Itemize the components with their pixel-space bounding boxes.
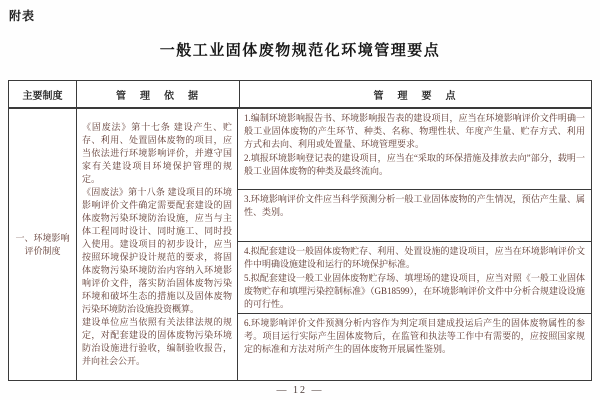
point-item-2: 2.填报环境影响登记表的建设项目，应当在“采取的环保措施及排放去向”部分，载明一… xyxy=(244,152,585,178)
table-body-row: 一、环境影响评价制度 《固废法》第十七条 建设产生、贮存、利用、处置固体废物的项… xyxy=(9,109,591,380)
table-header-row: 主要制度 管 理 依 据 管 理 要 点 xyxy=(9,81,591,109)
page-number: — 12 — xyxy=(0,385,600,396)
points-row-1: 1.编制环境影响报告书、环境影响报告表的建设项目，应当在环境影响评价文件明确一般… xyxy=(238,109,591,190)
points-row-3: 4.拟配套建设一般固体废物贮存、利用、处置设施的建设项目，应当在环境影响评价文件… xyxy=(238,242,591,314)
header-management-basis: 管 理 依 据 xyxy=(76,81,240,107)
points-row-2: 3.环境影响评价文件应当科学预测分析一般工业固体废物的产生情况，预估产生量、属性… xyxy=(238,190,591,242)
point-item-1: 1.编制环境影响报告书、环境影响报告表的建设项目，应当在环境影响评价文件明确一般… xyxy=(244,112,585,151)
point-item-5: 5.拟配套建设一般工业固体废物贮存场、填埋场的建设项目，应当对照《一般工业固体废… xyxy=(244,272,585,311)
cell-management-basis: 《固废法》第十七条 建设产生、贮存、利用、处置固体废物的项目，应当依法进行环境影… xyxy=(76,109,238,380)
point-item-6: 6.环境影响评价文件预测分析内容作为判定项目建成投运后产生的固体废物属性的参考。… xyxy=(244,317,585,356)
basis-paragraph-3: 建设单位应当依照有关法律法规的规定，对配套建设的固体废物污染环境防治设施进行验收… xyxy=(82,316,232,368)
document-page: 附表 一般工业固体废物规范化环境管理要点 主要制度 管 理 依 据 管 理 要 … xyxy=(0,0,600,400)
point-item-3: 3.环境影响评价文件应当科学预测分析一般工业固体废物的产生情况，预估产生量、属性… xyxy=(244,193,585,219)
point-item-4: 4.拟配套建设一般固体废物贮存、利用、处置设施的建设项目，应当在环境影响评价文件… xyxy=(244,245,585,271)
header-main-system: 主要制度 xyxy=(9,81,76,107)
basis-paragraph-2: 《固废法》第十八条 建设项目的环境影响评价文件确定需要配套建设的固体废物污染环境… xyxy=(82,186,232,316)
page-title: 一般工业固体废物规范化环境管理要点 xyxy=(0,39,600,60)
annex-label: 附表 xyxy=(9,7,35,24)
system-name-text: 一、环境影响评价制度 xyxy=(15,232,70,258)
cell-system-name: 一、环境影响评价制度 xyxy=(9,109,76,380)
cell-management-points: 1.编制环境影响报告书、环境影响报告表的建设项目，应当在环境影响评价文件明确一般… xyxy=(238,109,591,380)
basis-paragraph-1: 《固废法》第十七条 建设产生、贮存、利用、处置固体废物的项目，应当依法进行环境影… xyxy=(82,121,232,186)
points-row-4: 6.环境影响评价文件预测分析内容作为判定项目建成投运后产生的固体废物属性的参考。… xyxy=(238,314,591,380)
management-table: 主要制度 管 理 依 据 管 理 要 点 一、环境影响评价制度 《固废法》第十七… xyxy=(8,80,592,381)
header-management-points: 管 理 要 点 xyxy=(240,81,591,107)
